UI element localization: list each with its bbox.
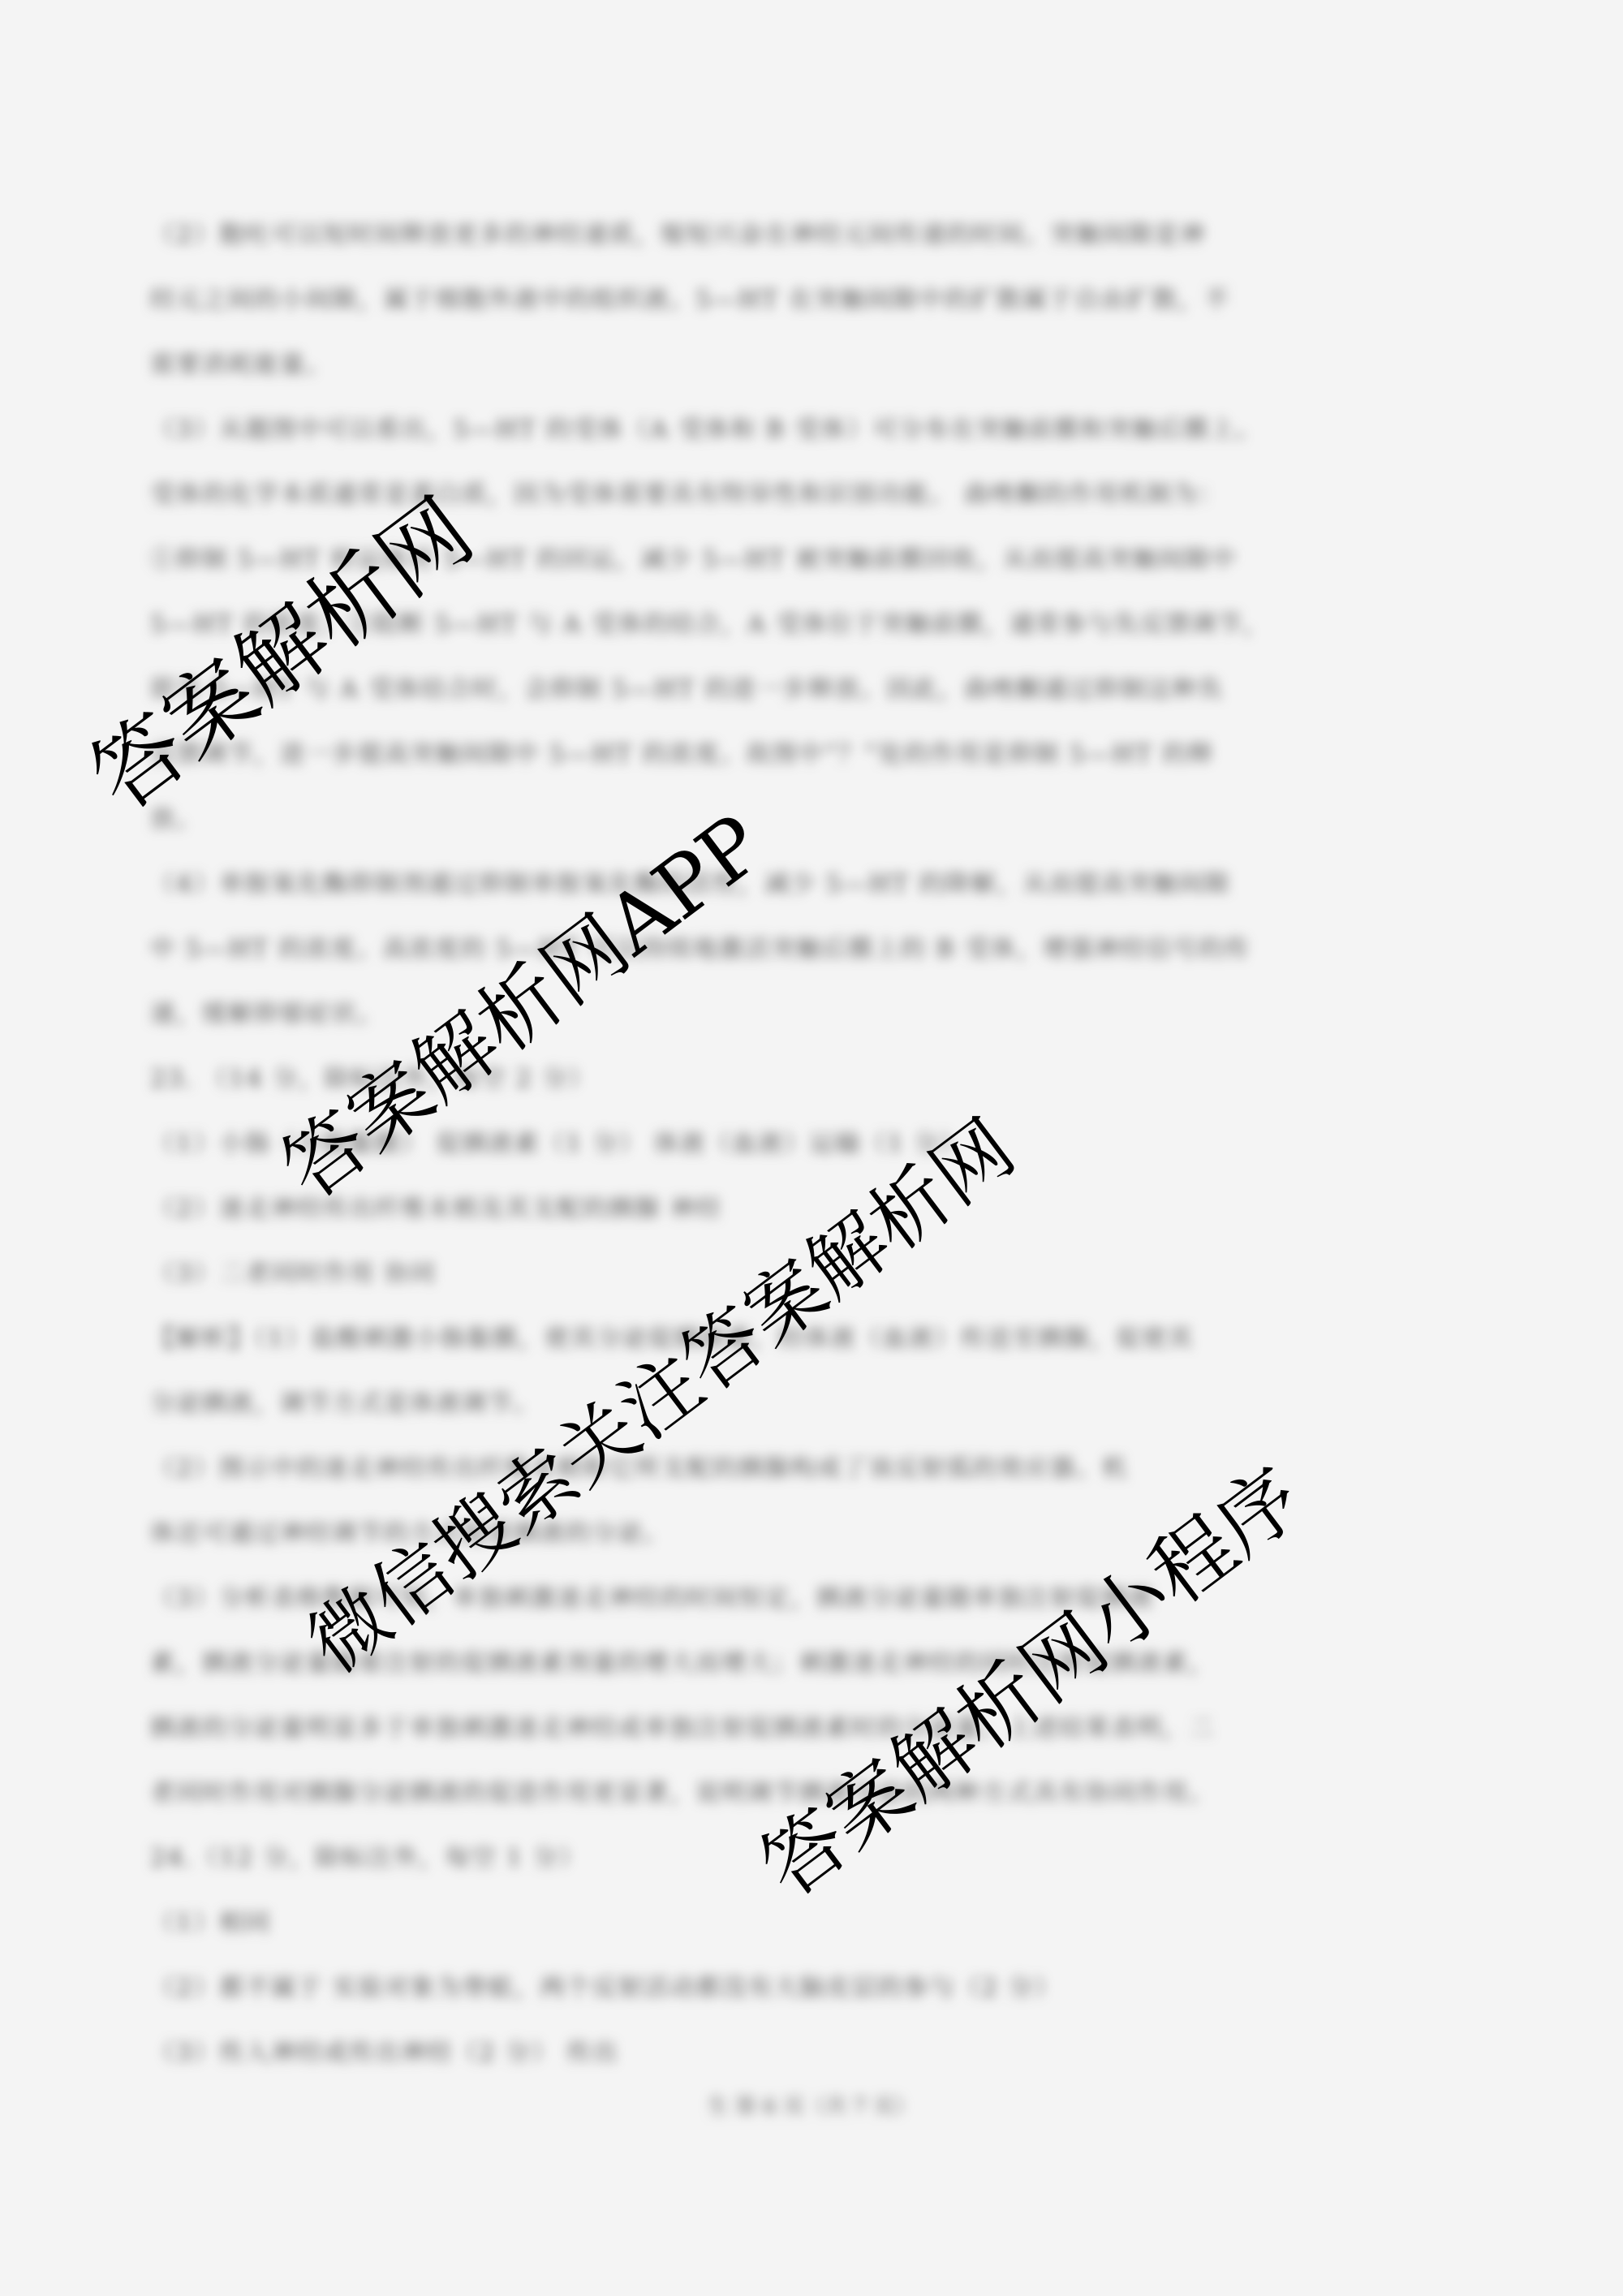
text-line: 需要消耗能量。 [150, 333, 1481, 398]
text-line: 反馈调节，进一步提高突触间隙中 5—HT 的浓度。故图中“？”处的作用是抑制 5… [150, 722, 1481, 787]
text-line: （3）传入神经或传出神经（2 分） 传出 [150, 2021, 1481, 2086]
text-line: 经元之间的小间隙，属于细胞外液中的组织液。5—HT 在突触间隙中的扩散属于自由扩… [150, 268, 1481, 333]
text-line: 胰液的分泌量明显多于单独刺激迷走神经或单独注射促胰液素时的分泌量。上述结果表明，… [150, 1696, 1481, 1761]
text-line: 放。 [150, 787, 1481, 852]
text-line: 分泌胰液，调节方式是体液调节。 [150, 1372, 1481, 1437]
text-line: （2）胞吐可以短时间释放更多的神经递质，缩短兴奋在神经元间传递的时间。突触间隙是… [150, 203, 1481, 268]
text-line: （4）单胺氧化酶抑制剂通过抑制单胺氧化酶的活性，减少 5—HT 的降解，从而提高… [150, 852, 1481, 917]
page-footer: 生 第 6 页（共 7 页） [0, 2090, 1623, 2120]
document-page: （2）胞吐可以短时间释放更多的神经递质，缩短兴奋在神经元间传递的时间。突触间隙是… [0, 0, 1623, 2296]
text-line: （2）都不属于 实验对象为脊蛙，两个反射活动都没有大脑皮层的参与（2 分） [150, 1956, 1481, 2021]
text-line: 中 5—HT 的浓度。高浓度的 5—HT 可以持续地激活突触后膜上的 B 受体，… [150, 917, 1481, 982]
text-line: （3）从题图中可以看出，5—HT 的受体（A 受体和 B 受体）可分布在突触前膜… [150, 398, 1481, 463]
text-line: 递，缓解抑郁症状。 [150, 982, 1481, 1047]
